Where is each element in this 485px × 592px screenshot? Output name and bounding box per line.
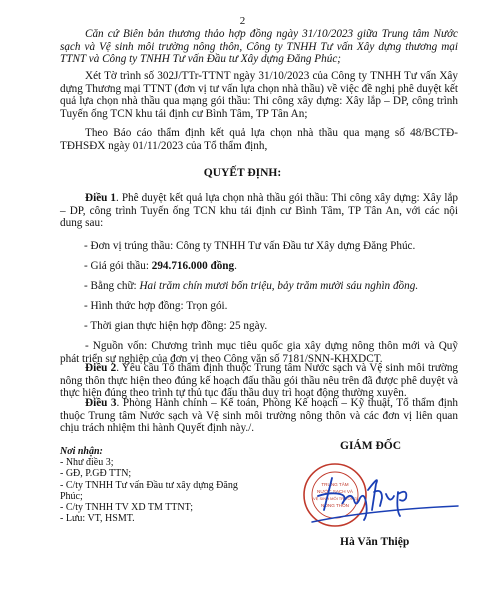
- preamble-submission: Xét Tờ trình số 302J/TTr-TTNT ngày 31/10…: [60, 70, 458, 120]
- item-price-in-words: - Bằng chữ: Hai trăm chín mươi bốn triệu…: [84, 280, 418, 293]
- recipients-block: Nơi nhận: - Như điều 3; - GĐ, P.GĐ TTN; …: [60, 446, 240, 524]
- words-value: Hai trăm chín mươi bốn triệu, bảy trăm m…: [139, 280, 418, 292]
- recipient-item: - C/ty TNHH Tư vấn Đầu tư xây dựng Đăng …: [60, 480, 240, 502]
- page-number: 2: [0, 15, 485, 27]
- words-label: - Bằng chữ:: [84, 280, 139, 292]
- recipient-item: - GĐ, P.GĐ TTN;: [60, 468, 240, 479]
- preamble-appraisal-report: Theo Báo cáo thẩm định kết quả lựa chọn …: [60, 127, 458, 152]
- recipient-item: - C/ty TNHH TV XD TM TTNT;: [60, 502, 240, 513]
- article-3: Điều 3. Phòng Hành chính – Kế toán, Phòn…: [60, 397, 458, 435]
- article-3-label: Điều 3: [85, 397, 117, 409]
- price-label: - Giá gói thầu:: [84, 260, 152, 272]
- signature-title: GIÁM ĐỐC: [340, 440, 401, 452]
- recipients-heading: Nơi nhận:: [60, 446, 240, 457]
- recipient-item: - Như điều 3;: [60, 457, 240, 468]
- price-value: 294.716.000 đồng: [152, 260, 234, 272]
- article-2-text: . Yêu cầu Tổ thẩm định thuộc Trung tâm N…: [60, 362, 458, 399]
- signature-icon: [310, 470, 460, 530]
- price-end: .: [234, 260, 237, 272]
- article-3-text: . Phòng Hành chính – Kế toán, Phòng Kế h…: [60, 397, 458, 434]
- signer-name: Hà Văn Thiệp: [340, 536, 409, 548]
- article-1-label: Điều 1: [85, 192, 116, 204]
- item-winner: - Đơn vị trúng thầu: Công ty TNHH Tư vấn…: [84, 240, 415, 253]
- article-1: Điều 1. Phê duyệt kết quả lựa chọn nhà t…: [60, 192, 458, 230]
- article-2-label: Điều 2: [85, 362, 116, 374]
- article-2: Điều 2. Yêu cầu Tổ thẩm định thuộc Trung…: [60, 362, 458, 400]
- item-price: - Giá gói thầu: 294.716.000 đồng.: [84, 260, 237, 273]
- article-1-text: . Phê duyệt kết quả lựa chọn nhà thầu gó…: [60, 192, 458, 229]
- item-duration: - Thời gian thực hiện hợp đồng: 25 ngày.: [84, 320, 267, 333]
- document-page: 2 Căn cứ Biên bản thương thảo hợp đồng n…: [0, 0, 485, 592]
- preamble-contract-minutes: Căn cứ Biên bản thương thảo hợp đồng ngà…: [60, 28, 458, 66]
- item-contract-form: - Hình thức hợp đồng: Trọn gói.: [84, 300, 227, 313]
- decision-title: QUYẾT ĐỊNH:: [0, 167, 485, 179]
- recipient-item: - Lưu: VT, HSMT.: [60, 513, 240, 524]
